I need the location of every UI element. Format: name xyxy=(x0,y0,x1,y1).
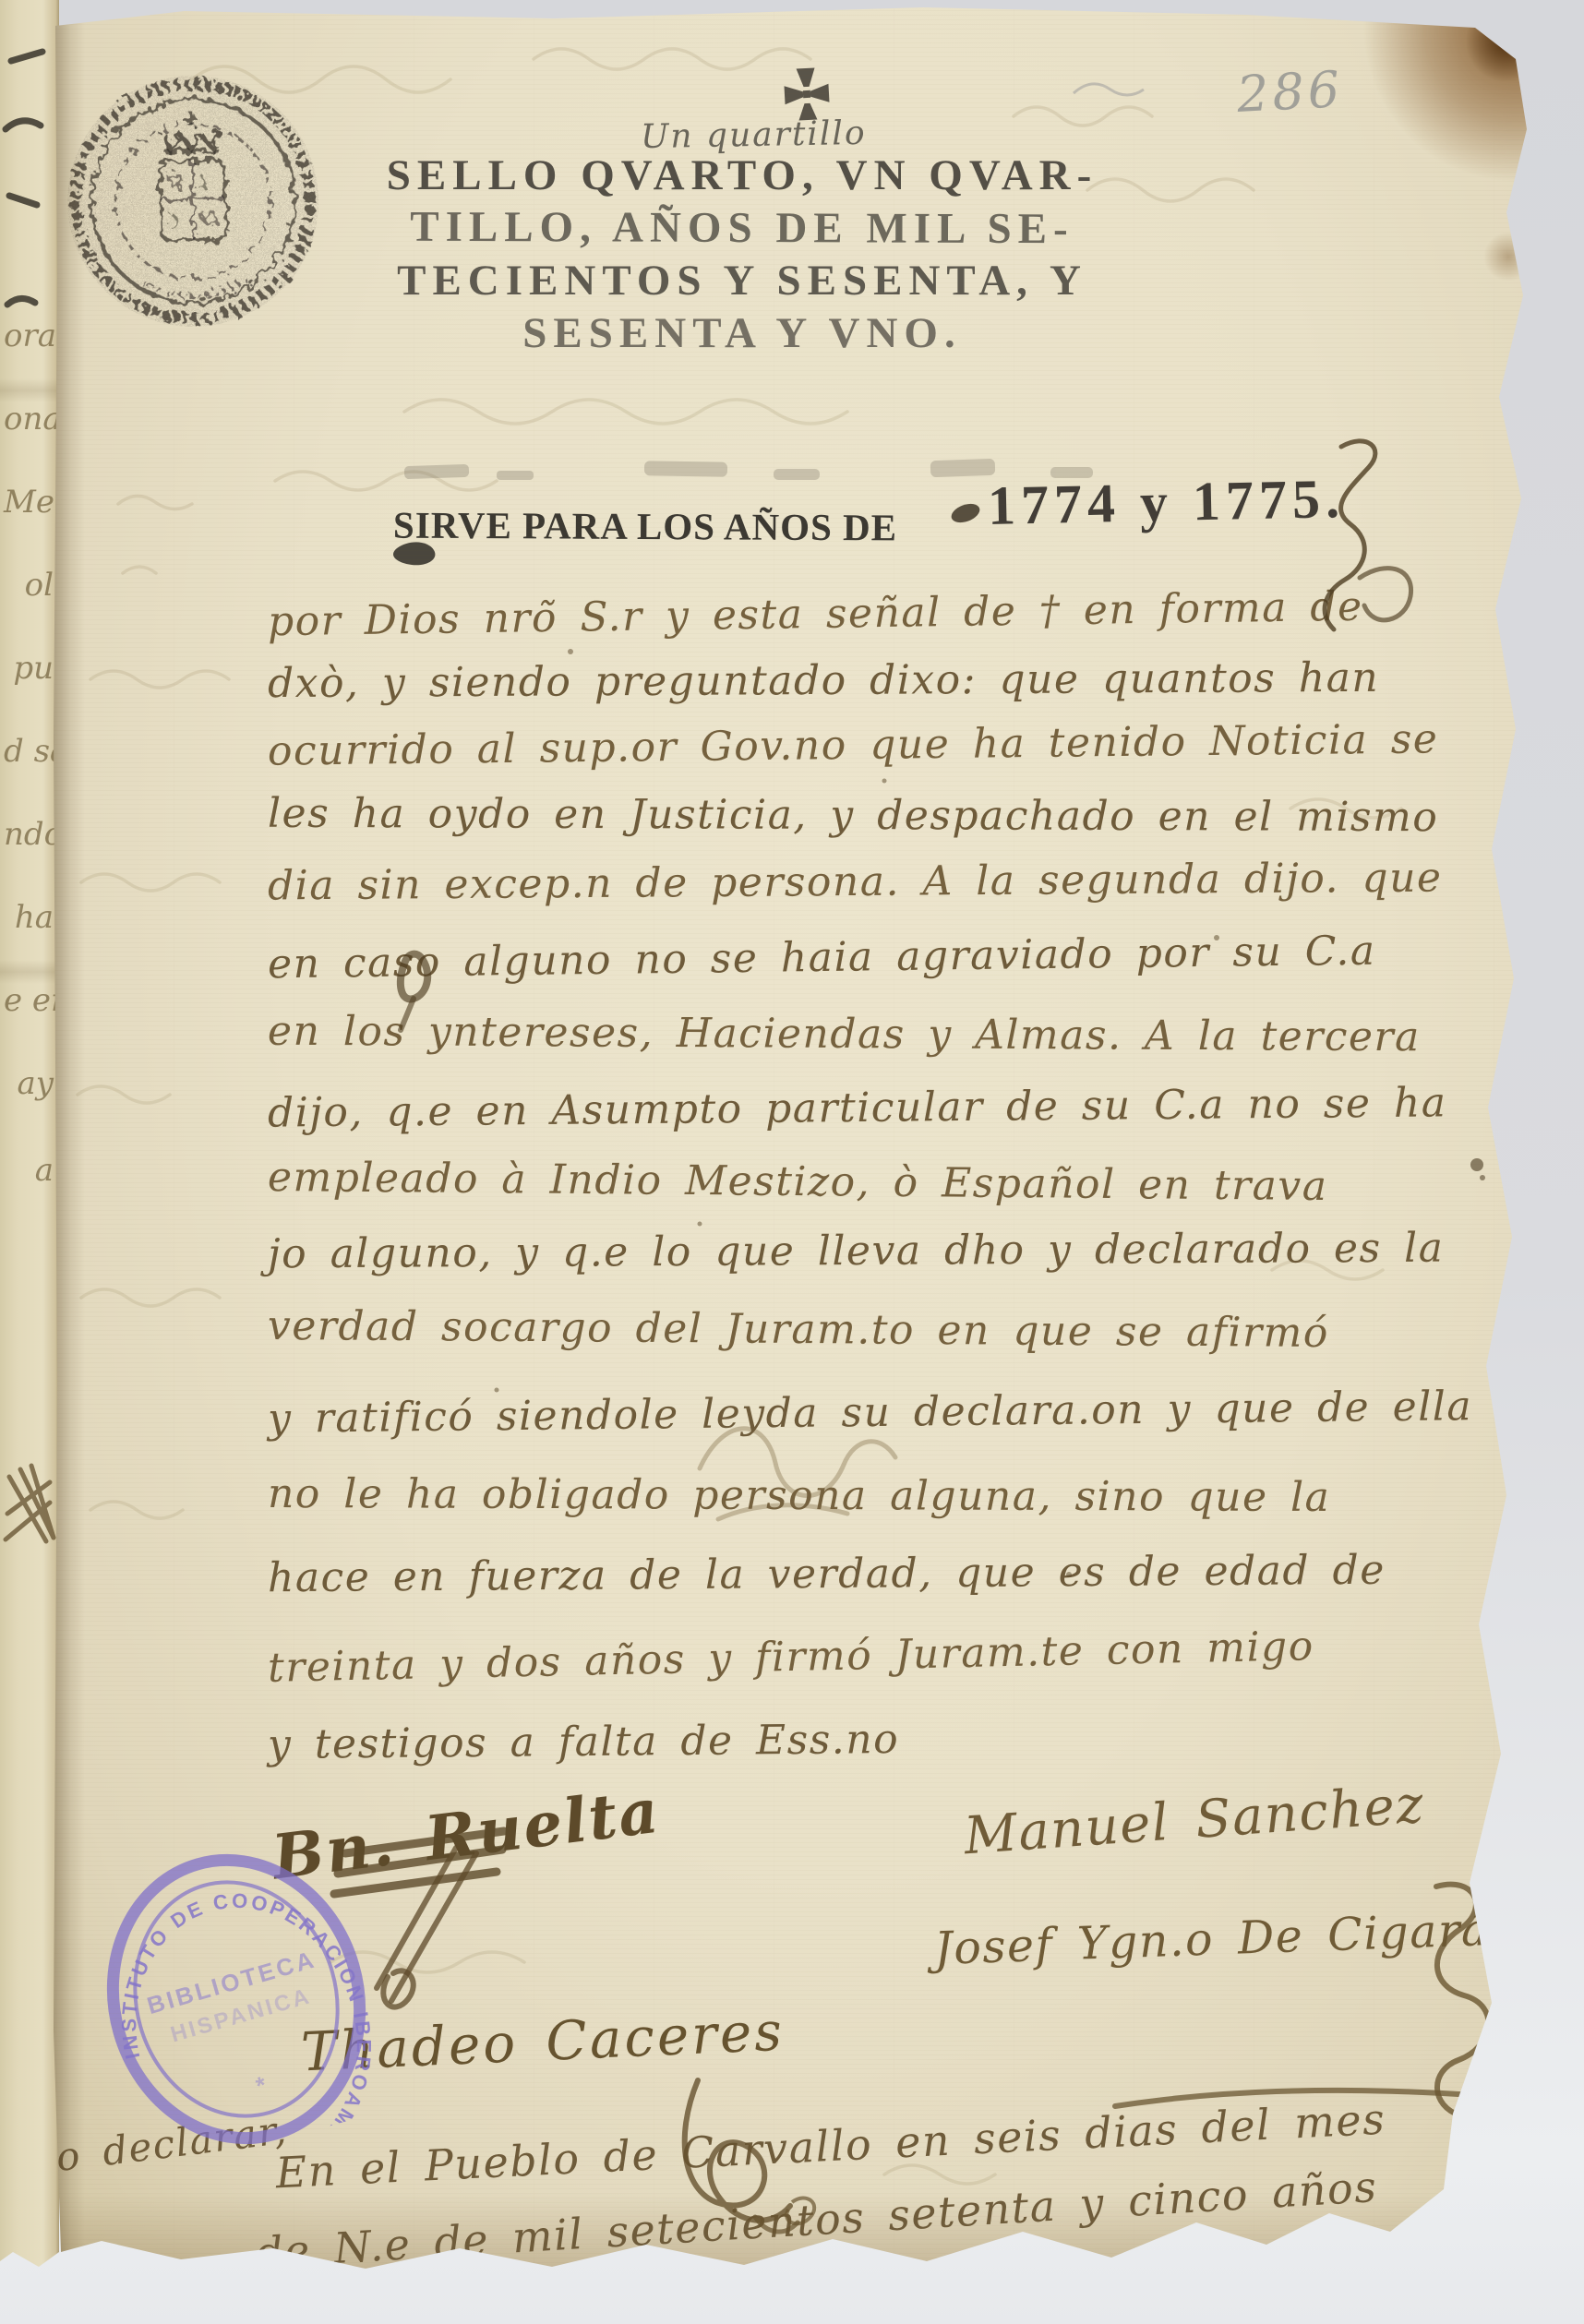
corner-stain-core xyxy=(1464,2,1549,81)
ink-dot xyxy=(1470,1158,1483,1171)
serves-for-years-label: SIRVE PARA LOS AÑOS DE xyxy=(393,503,897,550)
manuscript-line: dijo, q.e en Asumpto particular de su C.… xyxy=(268,1079,1447,1136)
manuscript-line: dia sin excep.n de persona. A la segunda… xyxy=(268,855,1443,910)
signature-cigaran: Josef Ygn.o De Cigarán xyxy=(933,1902,1520,1975)
manuscript-line: ocurrido al sup.or Gov.no que ha tenido … xyxy=(268,715,1439,774)
edge-fragment: ay xyxy=(4,1065,54,1102)
corner-stain xyxy=(1364,0,1558,185)
manuscript-line: y ratificó siendole leyda su declara.on … xyxy=(268,1383,1473,1443)
edge-fragment: ona xyxy=(4,401,54,437)
edge-fragment: orao xyxy=(4,317,54,354)
document-page: 286 Un quartillo SELLO QVARTO, VN QVAR- … xyxy=(54,6,1551,2282)
sello-header-line-1: SELLO QVARTO, VN QVAR- xyxy=(382,150,1102,202)
manuscript-line: dxò, y siendo preguntado dixo: que quant… xyxy=(268,654,1379,707)
manuscript-line: jo alguno, y q.e lo que lleva dho y decl… xyxy=(268,1225,1445,1278)
manuscript-line: no le ha obligado persona alguna, sino q… xyxy=(268,1470,1330,1521)
manuscript-line: verdad socargo del Juram.to en que se af… xyxy=(268,1302,1329,1357)
edge-stain xyxy=(1482,233,1534,281)
edge-fragment: Me xyxy=(4,484,54,521)
pencil-scribble xyxy=(1074,84,1144,95)
stamp-asterisk: * xyxy=(253,2070,270,2100)
manuscript-line: hace en fuerza de la verdad, que es de e… xyxy=(268,1547,1386,1601)
edge-fragment: ol xyxy=(4,567,54,604)
manuscript-scan: orao ona Me ol pu d sa ndo ha e en ay a xyxy=(0,0,1584,2324)
royal-seal-stamp xyxy=(56,58,330,341)
ink-blot xyxy=(949,500,982,526)
ink-dot xyxy=(1480,1175,1485,1180)
line-end-flourish xyxy=(1360,569,1411,620)
manuscript-line: y testigos a falta de Ess.no xyxy=(268,1716,900,1768)
sello-header-line-3: TECIENTOS Y SESENTA, Y xyxy=(382,255,1102,307)
edge-fragment: ndo xyxy=(4,816,54,853)
sello-header-line-2: TILLO, AÑOS DE MIL SE- xyxy=(382,201,1102,257)
manuscript-line: en caso alguno no se haia agraviado por … xyxy=(268,928,1376,988)
manuscript-line: treinta y dos años y firmó Juram.te con … xyxy=(268,1623,1315,1692)
edge-fragment: a xyxy=(4,1152,54,1189)
edge-fragment: e en xyxy=(4,982,54,1019)
edge-fragment: d sa xyxy=(4,733,54,770)
flourish-crosshatch xyxy=(6,1466,54,1541)
folio-number: 286 xyxy=(1235,60,1344,124)
sello-header-line-4: SESENTA Y VNO. xyxy=(382,307,1102,360)
sello-header: SELLO QVARTO, VN QVAR- TILLO, AÑOS DE MI… xyxy=(382,150,1102,360)
manuscript-line: por Dios nrõ S.r y esta señal de † en fo… xyxy=(268,583,1363,646)
manuscript-line: les ha oydo en Justicia, y despachado en… xyxy=(268,790,1438,841)
manuscript-line: empleado à Indio Mestizo, ò Español en t… xyxy=(268,1154,1328,1210)
signature-sanchez: Manuel Sanchez xyxy=(962,1775,1426,1867)
manuscript-line: en los yntereses, Haciendas y Almas. A l… xyxy=(268,1008,1421,1061)
sanchez-rubric xyxy=(1530,1800,1551,1958)
previous-page-edge: orao ona Me ol pu d sa ndo ha e en ay a xyxy=(0,0,59,2324)
edge-fragment: ha xyxy=(4,899,54,936)
edge-fragment: pu xyxy=(4,650,54,687)
stamped-years: 1774 y 1775. xyxy=(987,467,1345,538)
